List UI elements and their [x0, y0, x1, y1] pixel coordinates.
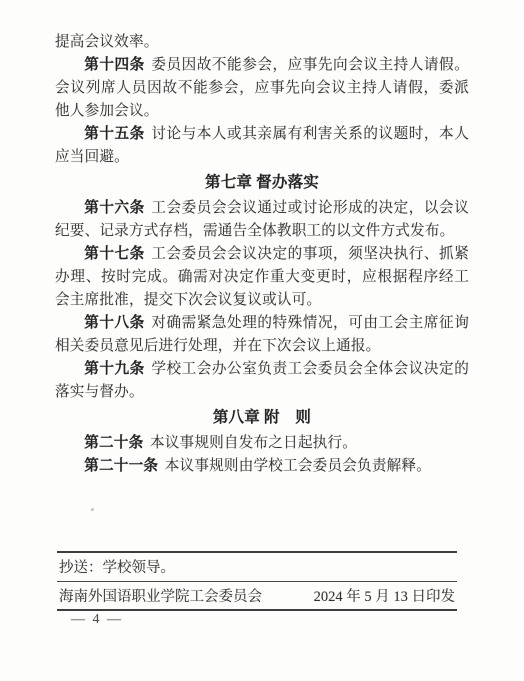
body-paragraph: 第十四条委员因故不能参会，应事先向会议主持人请假。会议列席人员因故不能参会，应事… [55, 54, 469, 123]
body-paragraph: 提高会议效率。 [55, 31, 469, 54]
document-body: 提高会议效率。第十四条委员因故不能参会，应事先向会议主持人请假。会议列席人员因故… [55, 31, 469, 478]
document-footer: 抄送：学校领导。 海南外国语职业学院工会委员会 2024 年 5 月 13 日印… [57, 551, 457, 611]
article-number: 第二十一条 [84, 458, 158, 474]
body-paragraph: 第十七条工会委员会会议决定的事项，须坚决执行、抓紧办理、按时完成。确需对决定作重… [55, 243, 469, 312]
paragraph-text: 本议事规则由学校工会委员会负责解释。 [165, 458, 431, 474]
article-number: 第十五条 [84, 126, 145, 142]
body-paragraph: 第十五条讨论与本人或其亲属有利害关系的议题时，本人应当回避。 [55, 123, 469, 169]
paragraph-text: 提高会议效率。 [55, 34, 159, 50]
issuing-organization: 海南外国语职业学院工会委员会 [59, 585, 262, 606]
print-date: 2024 年 5 月 13 日印发 [314, 585, 455, 606]
article-number: 第十四条 [84, 57, 145, 73]
footer-rule-bottom [57, 609, 457, 611]
article-number: 第十六条 [84, 200, 145, 216]
chapter-heading: 第七章 督办落实 [55, 171, 469, 194]
article-number: 第十七条 [84, 246, 145, 262]
article-number: 第十九条 [84, 361, 145, 377]
issuer-row: 海南外国语职业学院工会委员会 2024 年 5 月 13 日印发 [57, 582, 457, 609]
body-paragraph: 第十九条学校工会办公室负责工会委员会全体会议决定的落实与督办。 [55, 358, 469, 404]
paragraph-text: 本议事规则自发布之日起执行。 [150, 435, 357, 451]
body-paragraph: 第二十条本议事规则自发布之日起执行。 [55, 432, 469, 455]
article-number: 第二十条 [84, 435, 143, 451]
cc-line: 抄送：学校领导。 [57, 553, 457, 581]
body-paragraph: 第二十一条本议事规则由学校工会委员会负责解释。 [55, 455, 469, 478]
article-number: 第十八条 [84, 315, 145, 331]
page-number: — 4 — [71, 612, 123, 628]
chapter-heading: 第八章 附 则 [55, 406, 469, 429]
scan-speck-artifact [91, 508, 94, 511]
body-paragraph: 第十八条对确需紧急处理的特殊情况，可由工会主席征询相关委员意见后进行处理，并在下… [55, 312, 469, 358]
scanned-document-page: 提高会议效率。第十四条委员因故不能参会，应事先向会议主持人请假。会议列席人员因故… [0, 0, 524, 681]
body-paragraph: 第十六条工会委员会会议通过或讨论形成的决定，以会议纪要、记录方式存档，需通告全体… [55, 197, 469, 243]
